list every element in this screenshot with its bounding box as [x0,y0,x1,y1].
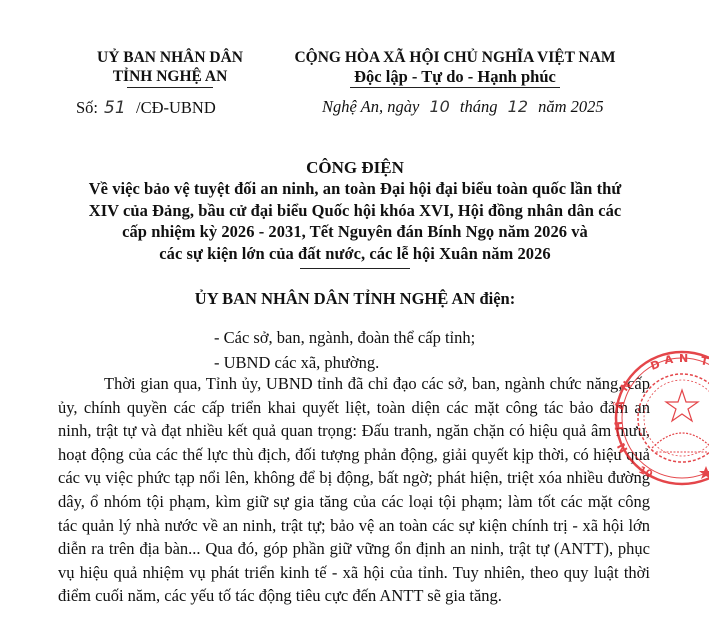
date-prefix: Nghệ An, ngày [322,97,419,116]
number-label: Số: [76,98,98,117]
body-paragraph: Thời gian qua, Tỉnh ủy, UBND tỉnh đã chỉ… [58,372,650,608]
authority-underline [127,87,213,88]
subject-line-1: Về việc bảo vệ tuyệt đối an ninh, an toà… [40,178,670,200]
sender-line: ỦY BAN NHÂN DÂN TỈNH NGHỆ AN điện: [40,289,670,309]
recipients-list: - Các sở, ban, ngành, đoàn thể cấp tỉnh;… [214,325,475,375]
subject-line-2: XIV của Đảng, bầu cử đại biểu Quốc hội k… [40,200,670,222]
body-text: Thời gian qua, Tỉnh ủy, UBND tỉnh đã chỉ… [58,372,650,608]
document-number: Số:51/CĐ-UBND [76,98,216,118]
date-day: 10 [423,97,455,116]
date-year: năm 2025 [538,97,604,116]
number-suffix: /CĐ-UBND [136,98,216,117]
date-month: 12 [502,97,534,116]
national-motto: Độc lập - Tự do - Hạnh phúc [290,67,620,86]
number-handwritten: 51 [104,98,136,118]
svg-text:T: T [699,354,709,368]
authority-line-1: UỶ BAN NHÂN DÂN [70,48,270,67]
subject-line-3: cấp nhiệm kỳ 2026 - 2031, Tết Nguyên đán… [40,221,670,243]
recipient-item: - Các sở, ban, ngành, đoàn thể cấp tỉnh; [214,325,475,350]
svg-text:N: N [679,352,688,365]
motto-underline [350,87,560,88]
issuing-authority: UỶ BAN NHÂN DÂN TỈNH NGHỆ AN [70,48,270,88]
nation-name: CỘNG HÒA XÃ HỘI CHỦ NGHĨA VIỆT NAM [290,48,620,67]
svg-text:Â: Â [664,353,675,367]
national-header: CỘNG HÒA XÃ HỘI CHỦ NGHĨA VIỆT NAM Độc l… [290,48,620,88]
document-page: UỶ BAN NHÂN DÂN TỈNH NGHỆ AN Số:51/CĐ-UB… [0,0,709,636]
document-title: CÔNG ĐIỆN Về việc bảo vệ tuyệt đối an ni… [40,158,670,269]
date-month-label: tháng [460,97,498,116]
svg-text:D: D [649,358,662,373]
issue-date: Nghệ An, ngày 10 tháng 12 năm 2025 [322,97,604,117]
authority-line-2: TỈNH NGHỆ AN [70,67,270,86]
subject-line-4: các sự kiện lớn của đất nước, các lễ hội… [40,243,670,265]
title-underline [300,268,410,269]
document-type: CÔNG ĐIỆN [40,158,670,178]
